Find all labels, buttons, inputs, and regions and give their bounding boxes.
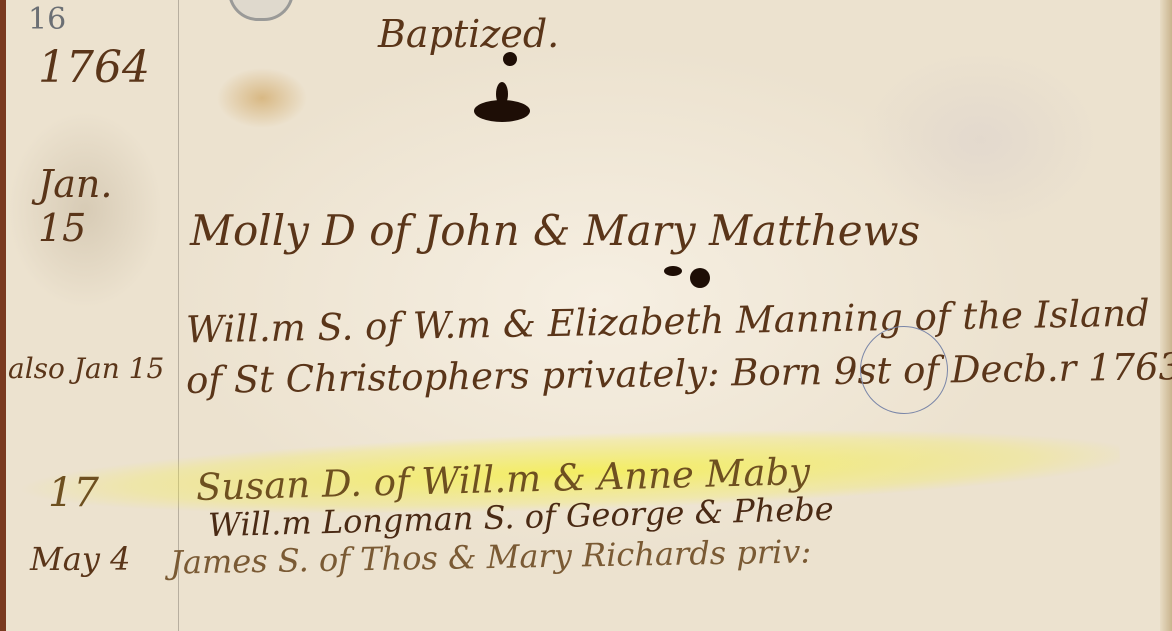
ink-blot — [664, 266, 682, 276]
entry-date: also Jan 15 — [8, 352, 164, 385]
page-heading: Baptized. — [378, 12, 559, 56]
ink-blot — [690, 268, 710, 288]
entry-text-line: Will.m S. of W.m & Elizabeth Manning of … — [186, 292, 1150, 352]
entry-text: Molly D of John & Mary Matthews — [190, 206, 920, 255]
margin-rule-line — [178, 0, 179, 631]
manuscript-page: 16 1764 Baptized. Jan. 15 Molly D of Joh… — [0, 0, 1172, 631]
entry-date: Jan. 15 — [38, 162, 138, 250]
folio-number: 16 — [28, 2, 66, 37]
entry-date: May 4 — [30, 540, 130, 578]
circle-marker — [860, 326, 948, 414]
entry-date: 17 — [48, 470, 99, 516]
page-edge — [1160, 0, 1172, 631]
ink-blot — [496, 82, 508, 106]
paper-clip-icon — [228, 0, 294, 21]
entry-text-line: of St Christophers privately: Born 9st o… — [186, 345, 1172, 402]
register-year: 1764 — [38, 42, 150, 93]
binding-edge — [0, 0, 6, 631]
